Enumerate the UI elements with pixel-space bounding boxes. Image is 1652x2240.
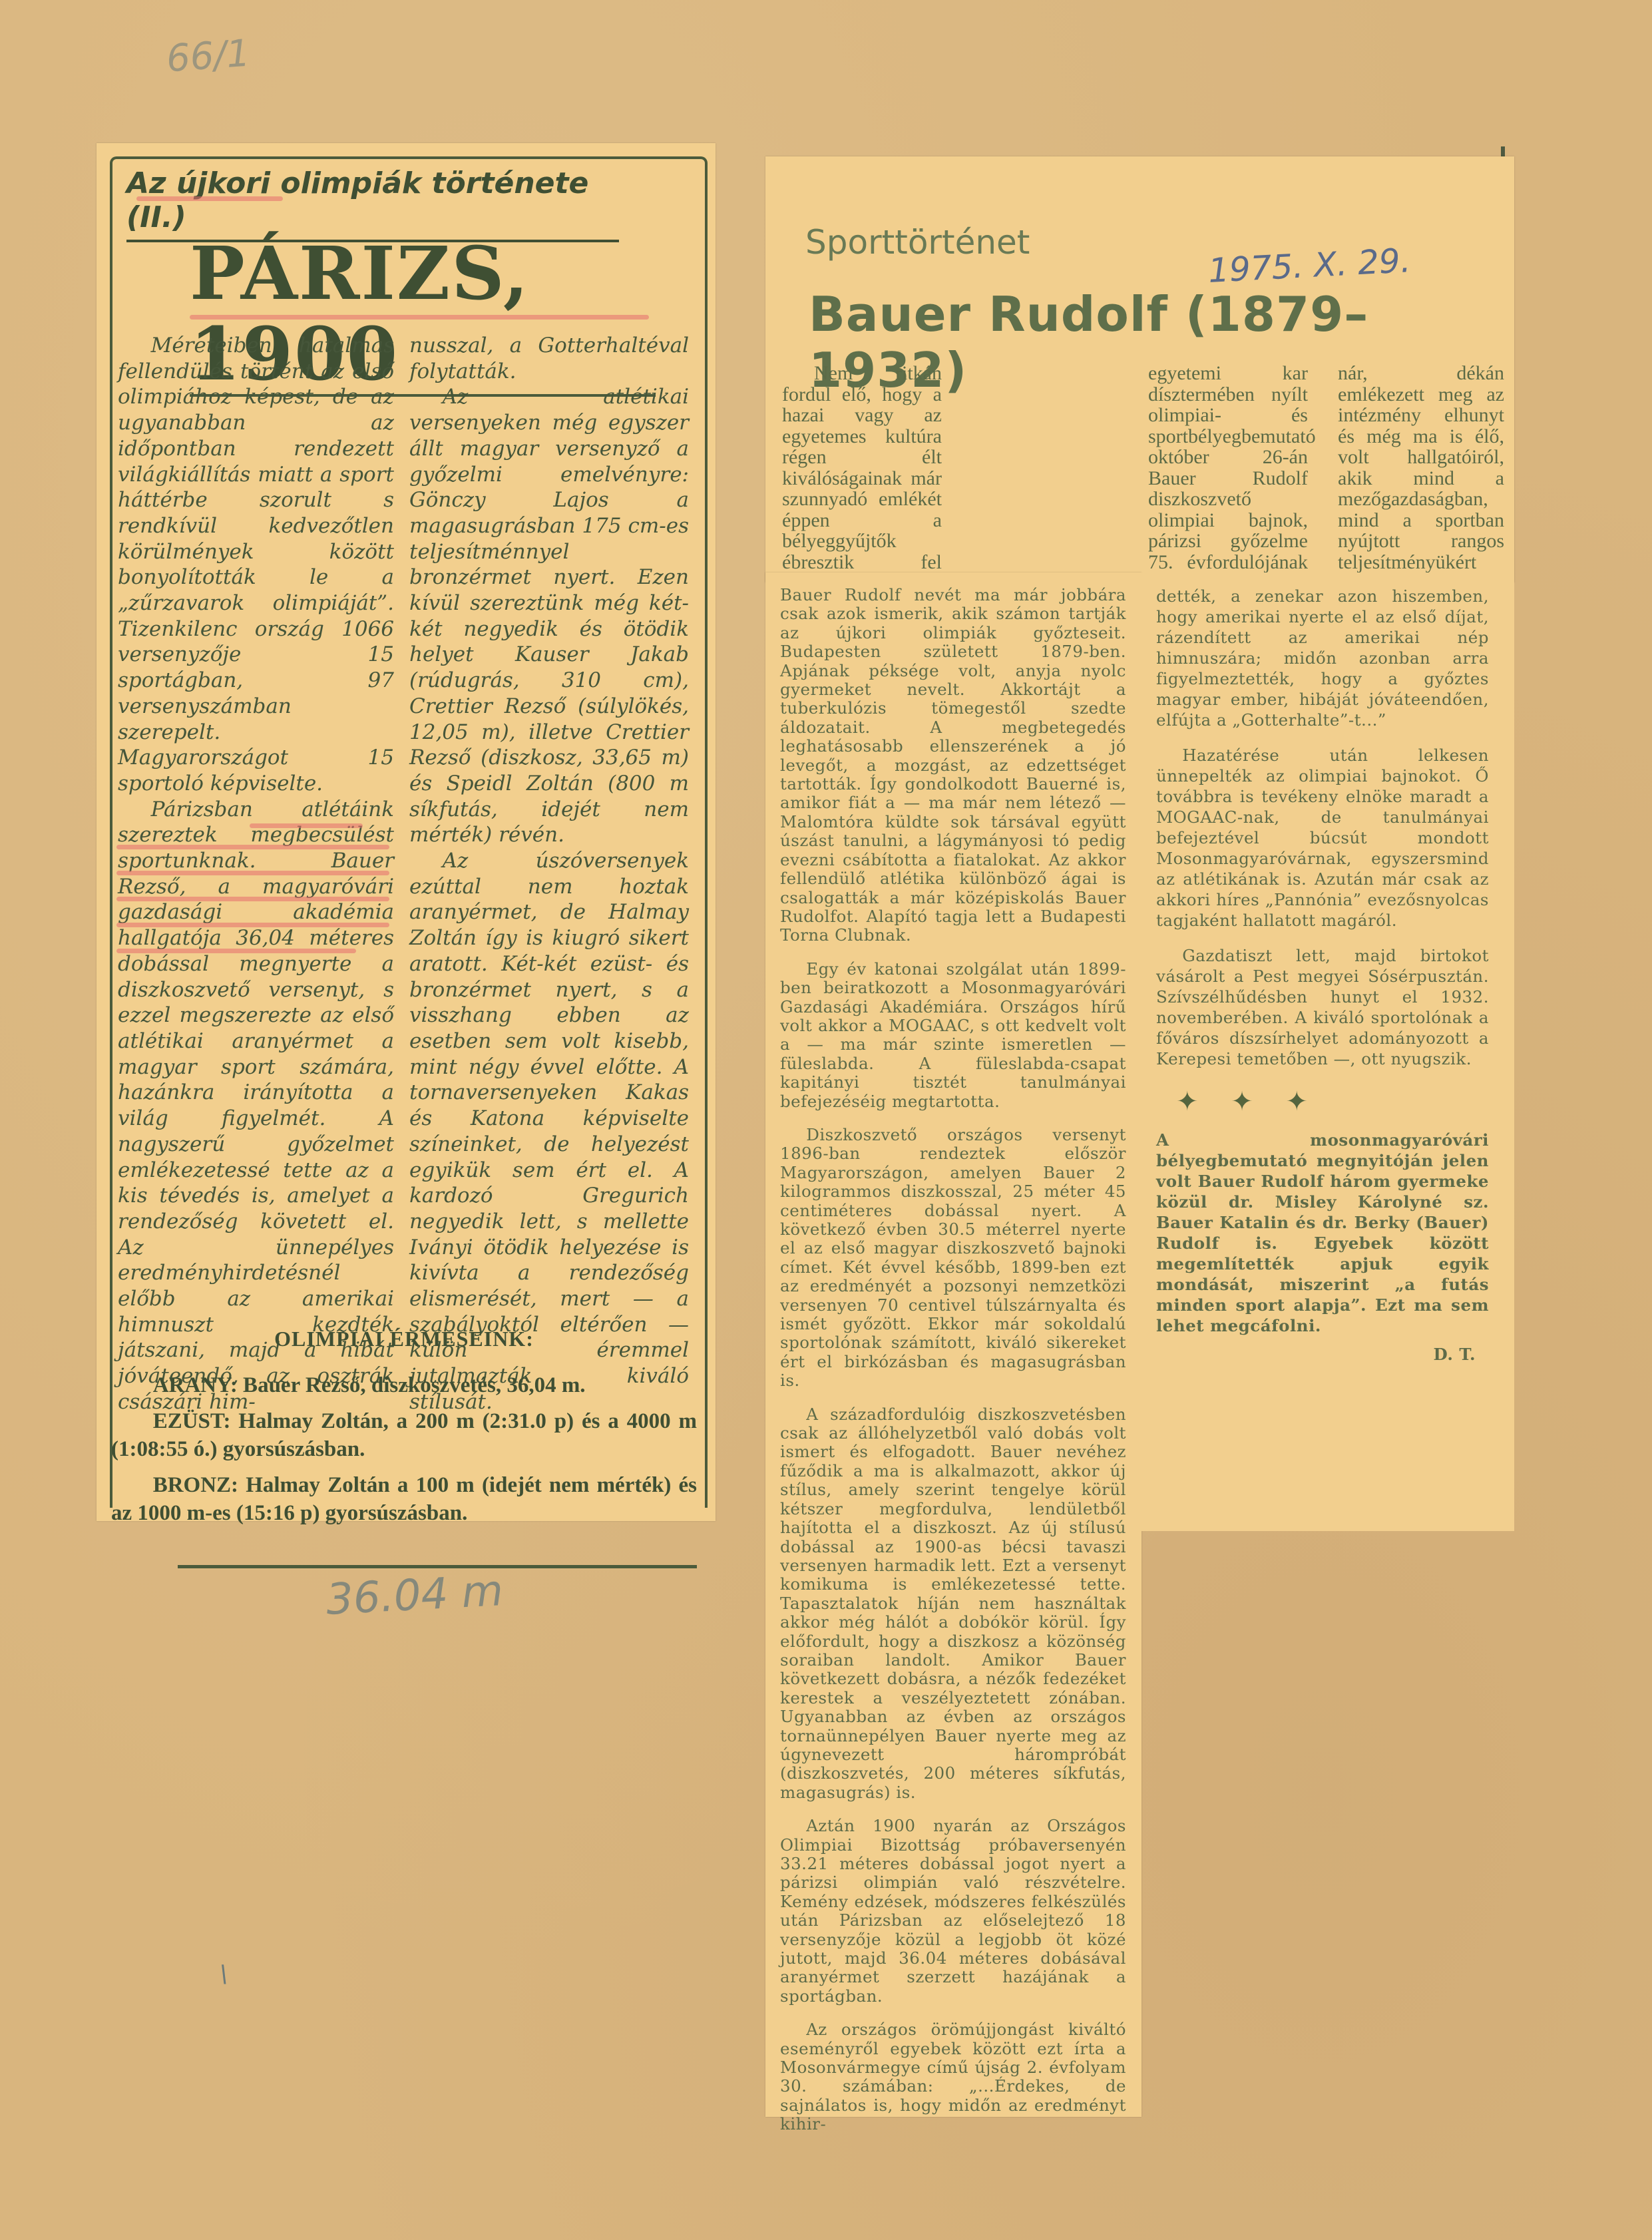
red-pencil-underline bbox=[116, 949, 356, 953]
paragraph-highlighted: Párizsban atlétáink szereztek megbecsülé… bbox=[118, 797, 394, 1415]
right-clipping-side-column: dették, a zenekar azon hiszemben, hogy a… bbox=[1141, 572, 1514, 1531]
handwritten-result-note: 36.04 m bbox=[325, 1566, 504, 1625]
red-pencil-underline bbox=[250, 823, 363, 828]
medalists-box: OLIMPIAI ÉRMESEINK: ARANY: Bauer Rezső, … bbox=[111, 1325, 697, 1535]
paragraph: dették, a zenekar azon hiszemben, hogy a… bbox=[1156, 586, 1489, 730]
left-article-column-2: nusszal, a Gotterhaltéval folytatták. Az… bbox=[409, 333, 689, 1415]
main-column-text: Bauer Rudolf nevét ma már jobbára csak a… bbox=[780, 586, 1126, 2137]
red-pencil-underline bbox=[116, 871, 389, 875]
red-pencil-mark bbox=[136, 196, 283, 201]
paragraph: Az atlétikai versenyeken még egyszer áll… bbox=[409, 384, 689, 848]
left-newspaper-clipping: Az újkori olimpiák története (II.) PÁRIZ… bbox=[97, 143, 716, 1521]
paragraph: nusszal, a Gotterhaltéval folytatták. bbox=[409, 333, 689, 384]
paragraph: A századfordulóig diszkoszvetésben csak … bbox=[780, 1405, 1126, 1803]
separator-stars-icon: ✦ ✦ ✦ bbox=[1176, 1092, 1489, 1112]
paragraph: Aztán 1900 nyarán az Országos Olimpiai B… bbox=[780, 1817, 1126, 2006]
bottom-rule bbox=[178, 1565, 697, 1568]
red-pencil-underline bbox=[116, 845, 389, 849]
handwritten-page-number: 66/1 bbox=[165, 32, 252, 81]
silver-medal-line: EZÜST: Halmay Zoltán, a 200 m (2:31.0 p)… bbox=[111, 1407, 697, 1463]
bronze-medal-line: BRONZ: Halmay Zoltán a 100 m (idejét nem… bbox=[111, 1471, 697, 1527]
paragraph: Bauer Rudolf nevét ma már jobbára csak a… bbox=[780, 586, 1126, 945]
paragraph: Méreteiben hatalmas fellendülés történt … bbox=[118, 333, 394, 797]
medalists-heading: OLIMPIAI ÉRMESEINK: bbox=[111, 1325, 697, 1353]
red-pencil-underline bbox=[116, 923, 389, 927]
paragraph: Hazatérése után lelkesen ünnepelték az o… bbox=[1156, 745, 1489, 931]
side-column-text: dették, a zenekar azon hiszemben, hogy a… bbox=[1156, 586, 1489, 1365]
gold-medal-line: ARANY: Bauer Rezső, diszkoszvetés, 36,04… bbox=[111, 1371, 697, 1399]
paragraph: Az országos örömújjongást kiváltó esemén… bbox=[780, 2020, 1126, 2133]
postscript-paragraph: A mosonmagyaróvári bélyegbemutató megnyi… bbox=[1156, 1130, 1489, 1336]
paragraph: Gazdatiszt lett, majd birtokot vásárolt … bbox=[1156, 945, 1489, 1069]
paragraph: Egy év katonai szolgálat után 1899-ben b… bbox=[780, 960, 1126, 1111]
author-signature: D. T. bbox=[1156, 1344, 1489, 1365]
right-clipping-main-column: Bauer Rudolf nevét ma már jobbára csak a… bbox=[765, 572, 1141, 2117]
red-pencil-underline bbox=[116, 897, 389, 901]
right-clipping-header: Sporttörténet Bauer Rudolf (1879–1932) N… bbox=[765, 156, 1514, 582]
paragraph: Diszkoszvető országos versenyt 1896-ban … bbox=[780, 1126, 1126, 1391]
red-pencil-underline bbox=[190, 315, 649, 320]
section-kicker: Sporttörténet bbox=[805, 223, 1030, 262]
handwritten-stray-mark: \ bbox=[220, 1960, 228, 1988]
